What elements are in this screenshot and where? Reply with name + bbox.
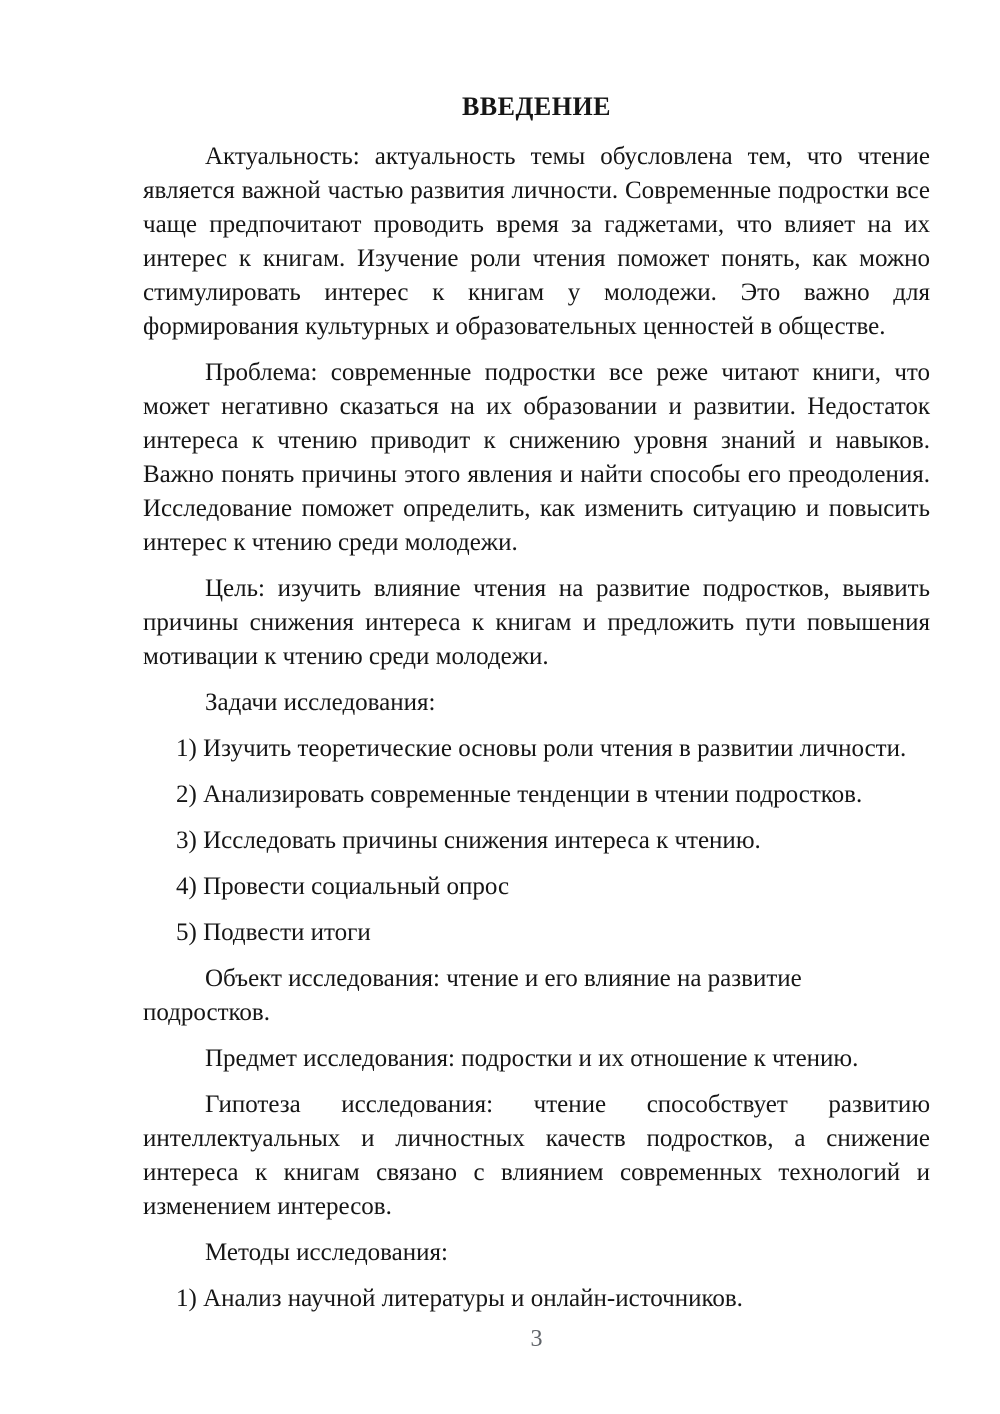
paragraph-gipoteza: Гипотеза исследования: чтение способству… bbox=[143, 1088, 930, 1224]
document-page: ВВЕДЕНИЕ Актуальность: актуальность темы… bbox=[0, 0, 1000, 1414]
paragraph-metody-heading: Методы исследования: bbox=[143, 1236, 930, 1270]
paragraph-obekt: Объект исследования: чтение и его влияни… bbox=[143, 962, 930, 1030]
document-content: ВВЕДЕНИЕ Актуальность: актуальность темы… bbox=[143, 90, 930, 1328]
paragraph-problema: Проблема: современные подростки все реже… bbox=[143, 356, 930, 560]
paragraph-zadachi-heading: Задачи исследования: bbox=[143, 686, 930, 720]
page-number: 3 bbox=[143, 1322, 930, 1356]
list-item-task-3: 3) Исследовать причины снижения интереса… bbox=[176, 824, 930, 858]
paragraph-aktualnost: Актуальность: актуальность темы обусловл… bbox=[143, 140, 930, 344]
list-item-task-2: 2) Анализировать современные тенденции в… bbox=[176, 778, 930, 812]
paragraph-predmet: Предмет исследования: подростки и их отн… bbox=[143, 1042, 930, 1076]
list-item-task-4: 4) Провести социальный опрос bbox=[176, 870, 930, 904]
list-item-task-5: 5) Подвести итоги bbox=[176, 916, 930, 950]
list-item-task-1: 1) Изучить теоретические основы роли чте… bbox=[176, 732, 930, 766]
section-title: ВВЕДЕНИЕ bbox=[143, 90, 930, 124]
paragraph-tsel: Цель: изучить влияние чтения на развитие… bbox=[143, 572, 930, 674]
list-item-method-1: 1) Анализ научной литературы и онлайн-ис… bbox=[176, 1282, 930, 1316]
